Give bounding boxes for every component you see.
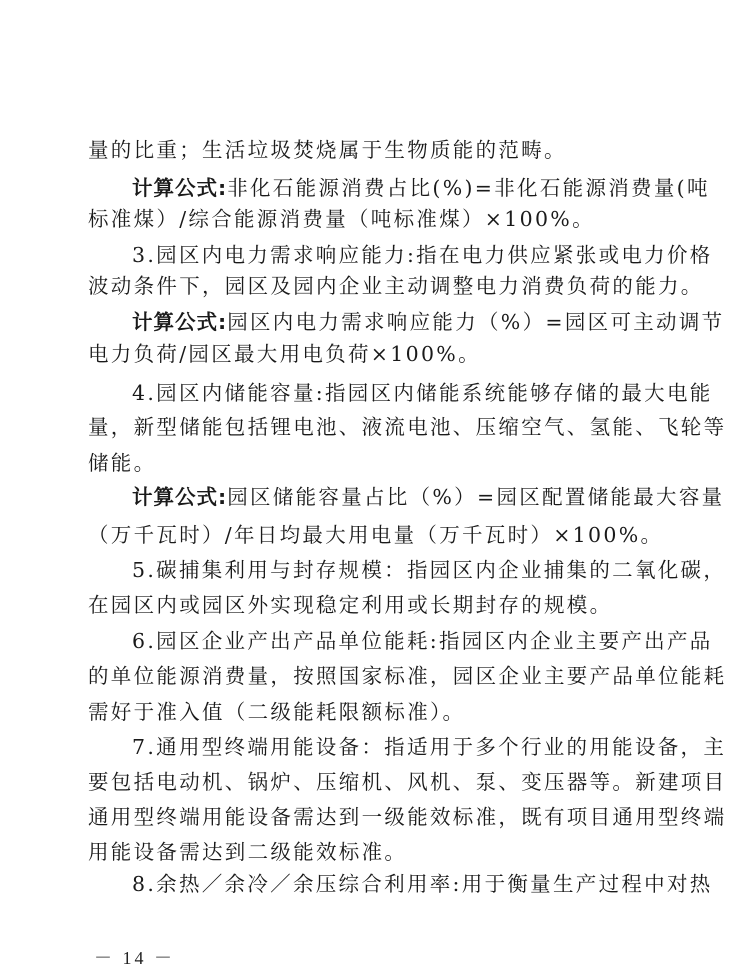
formula-text: 园区储能容量占比（%）=园区配置储能最大容量 [227, 485, 724, 509]
paragraph-line: 在园区内或园区外实现稳定利用或长期封存的规模。 [88, 592, 648, 618]
formula-text: 非化石能源消费占比(%)=非化石能源消费量(吨 [227, 176, 710, 200]
item-heading-3: 3.园区内电力需求响应能力:指在电力供应紧张或电力价格 [132, 242, 648, 268]
item-heading-4: 4.园区内储能容量:指园区内储能系统能够存储的最大电能 [132, 380, 648, 406]
paragraph-line: 要包括电动机、锅炉、压缩机、风机、泵、变压器等。新建项目 [88, 769, 648, 795]
formula-line: 计算公式:园区内电力需求响应能力（%）=园区可主动调节 [132, 309, 648, 335]
item-heading-8: 8.余热／余冷／余压综合利用率:用于衡量生产过程中对热 [132, 871, 648, 897]
formula-line: 计算公式:园区储能容量占比（%）=园区配置储能最大容量 [132, 484, 648, 510]
paragraph-line: 储能。 [88, 450, 648, 476]
paragraph-line: 的单位能源消费量，按照国家标准，园区企业主要产品单位能耗 [88, 663, 648, 689]
formula-line: 计算公式:非化石能源消费占比(%)=非化石能源消费量(吨 [132, 175, 648, 201]
formula-text: 园区内电力需求响应能力（%）=园区可主动调节 [227, 310, 724, 334]
paragraph-line: 通用型终端用能设备需达到一级能效标准，既有项目通用型终端 [88, 804, 648, 830]
paragraph-line: 量，新型储能包括锂电池、液流电池、压缩空气、氢能、飞轮等 [88, 414, 648, 440]
paragraph-line: 标准煤）/综合能源消费量（吨标准煤）×100%。 [88, 206, 648, 232]
item-heading-5: 5.碳捕集利用与封存规模：指园区内企业捕集的二氧化碳， [132, 557, 648, 583]
paragraph-line: 量的比重；生活垃圾焚烧属于生物质能的范畴。 [88, 137, 648, 163]
paragraph-line: 需好于准入值（二级能耗限额标准）。 [88, 699, 648, 725]
page-number: － 14 － [94, 944, 175, 970]
formula-label: 计算公式: [132, 310, 227, 334]
paragraph-line: （万千瓦时）/年日均最大用电量（万千瓦时）×100%。 [88, 522, 648, 548]
paragraph-line: 电力负荷/园区最大用电负荷×100%。 [88, 341, 648, 367]
formula-label: 计算公式: [132, 176, 227, 200]
formula-label: 计算公式: [132, 485, 227, 509]
paragraph-line: 用能设备需达到二级能效标准。 [88, 839, 648, 865]
paragraph-line: 波动条件下，园区及园内企业主动调整电力消费负荷的能力。 [88, 273, 648, 299]
item-heading-7: 7.通用型终端用能设备：指适用于多个行业的用能设备，主 [132, 734, 648, 760]
item-heading-6: 6.园区企业产出产品单位能耗:指园区内企业主要产出产品 [132, 628, 648, 654]
